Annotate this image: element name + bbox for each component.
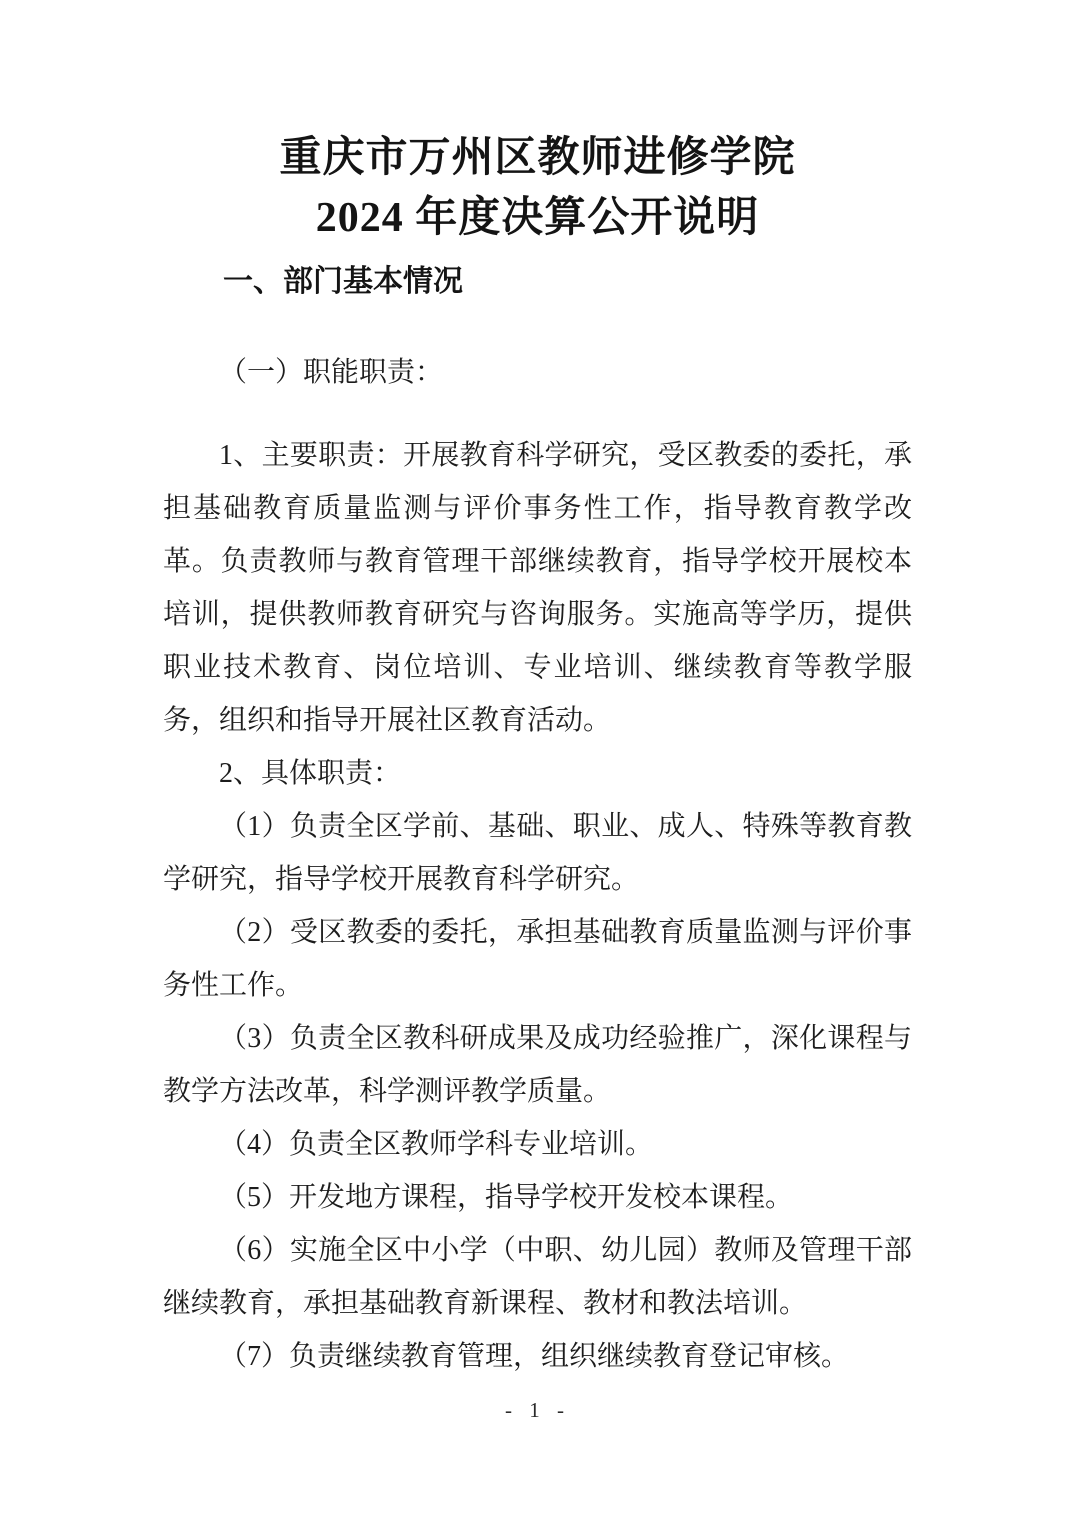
document-title-line1: 重庆市万州区教师进修学院 [163, 128, 912, 188]
paragraph-main-duties: 1、主要职责：开展教育科学研究，受区教委的委托，承担基础教育质量监测与评价事务性… [163, 429, 912, 747]
document-page: 重庆市万州区教师进修学院 2024 年度决算公开说明 一、部门基本情况 （一）职… [0, 0, 1075, 1520]
paragraph-duty-5: （5）开发地方课程，指导学校开发校本课程。 [163, 1171, 912, 1224]
paragraph-duty-6: （6）实施全区中小学（中职、幼儿园）教师及管理干部继续教育，承担基础教育新课程、… [163, 1224, 912, 1330]
paragraph-duty-7: （7）负责继续教育管理，组织继续教育登记审核。 [163, 1330, 912, 1383]
page-number: - 1 - [0, 1398, 1075, 1423]
paragraph-duty-4: （4）负责全区教师学科专业培训。 [163, 1118, 912, 1171]
section-heading: 一、部门基本情况 [163, 262, 912, 302]
paragraph-duty-3: （3）负责全区教科研成果及成功经验推广，深化课程与教学方法改革，科学测评教学质量… [163, 1012, 912, 1118]
document-title: 重庆市万州区教师进修学院 2024 年度决算公开说明 [163, 128, 912, 248]
paragraph-duty-1: （1）负责全区学前、基础、职业、成人、特殊等教育教学研究，指导学校开展教育科学研… [163, 800, 912, 906]
paragraph-duty-2: （2）受区教委的委托，承担基础教育质量监测与评价事务性工作。 [163, 906, 912, 1012]
document-content: 重庆市万州区教师进修学院 2024 年度决算公开说明 一、部门基本情况 （一）职… [0, 128, 1075, 1383]
paragraph-sub-heading: （一）职能职责： [163, 346, 912, 399]
document-title-line2: 2024 年度决算公开说明 [163, 188, 912, 248]
paragraph-specific-duties-heading: 2、具体职责： [163, 747, 912, 800]
